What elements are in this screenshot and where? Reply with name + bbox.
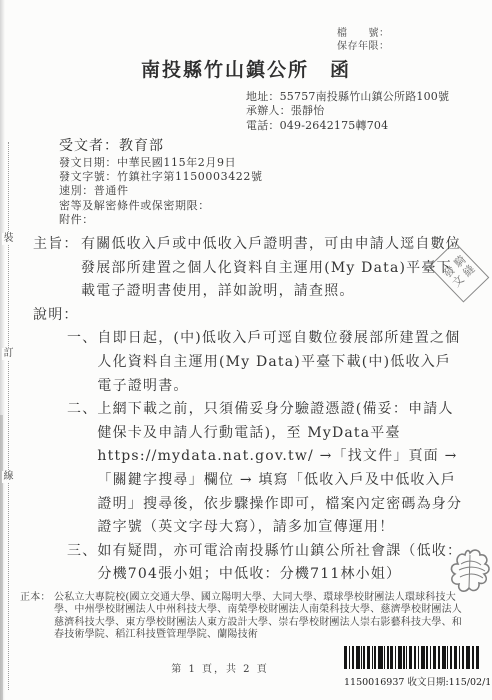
recipients-block: 正本： 公私立大專院校(國立交通大學、國立陽明大學、大同大學、環球學校財團法人環… — [20, 592, 472, 642]
recipient-line: 受文者：教育部 — [59, 135, 164, 155]
item-text: 如有疑問，亦可電洽南投縣竹山鎮公所社會課（低收：分機704張小姐；中低收：分機7… — [97, 540, 463, 587]
item-text: 自即日起，(中)低收入戶可逕自數位發展部所建置之個人化資料自主運用(My Dat… — [97, 327, 463, 398]
meta-issue-date: 發文日期：中華民國115年2月9日 — [59, 156, 263, 170]
meta-block: 發文日期：中華民國115年2月9日 發文字號：竹鎮社字第1150003422號 … — [59, 156, 263, 227]
recipients-text: 公私立大專院校(國立交通大學、國立陽明大學、大同大學、環球學校財團法人環球科技大… — [54, 592, 472, 642]
explanation-item-1: 一、 自即日起，(中)低收入戶可逕自數位發展部所建置之個人化資料自主運用(My … — [67, 327, 463, 398]
contact-phone: 電話：049-2642175轉704 — [246, 119, 449, 133]
contact-person: 承辦人：張靜怡 — [246, 104, 449, 118]
item-number: 二、 — [67, 398, 97, 422]
item-number: 一、 — [67, 327, 97, 351]
binding-mark-ding: 訂 — [2, 348, 15, 360]
meta-attachment: 附件： — [59, 213, 263, 227]
item-number: 三、 — [67, 540, 97, 564]
subject-label: 主旨： — [33, 233, 81, 257]
item-text: 上網下載之前，只須備妥身分驗證憑證(備妥：申請人健保卡及申請人行動電話)，至 M… — [97, 398, 463, 540]
binding-mark-xian: 線 — [2, 471, 15, 483]
contact-address: 地址：55757南投縣竹山鎮公所路100號 — [246, 90, 449, 104]
subject-section: 主旨： 有關低收入戶或中低收入戶證明書，可由申請人逕自數位發展部所建置之個人化資… — [33, 233, 463, 304]
scanned-document: 裝 訂 線 檔 號： 保存年限： 南投縣竹山鎮公所 函 地址：55757南投縣竹… — [0, 0, 492, 700]
retention-period-label: 保存年限： — [337, 40, 390, 53]
barcode-block: 1150016937 收文日期:115/02/10 — [344, 646, 480, 688]
file-number-label: 檔 號： — [337, 27, 390, 40]
explanation-item-3: 三、 如有疑問，亦可電洽南投縣竹山鎮公所社會課（低收：分機704張小姐；中低收：… — [67, 540, 463, 587]
barcode-text: 1150016937 收文日期:115/02/10 — [344, 674, 480, 688]
barcode-icon — [344, 646, 480, 669]
binding-mark-zhuang: 裝 — [2, 233, 15, 245]
file-number-block: 檔 號： 保存年限： — [337, 27, 390, 53]
scan-edge-artifact-lower — [0, 415, 3, 700]
recipients-label: 正本： — [20, 592, 54, 604]
document-title: 南投縣竹山鎮公所 函 — [0, 55, 492, 82]
meta-classification: 密等及解密條件或保密期限： — [59, 199, 263, 213]
contact-block: 地址：55757南投縣竹山鎮公所路100號 承辦人：張靜怡 電話：049-264… — [246, 90, 449, 133]
document-body: 主旨： 有關低收入戶或中低收入戶證明書，可由申請人逕自數位發展部所建置之個人化資… — [33, 233, 463, 587]
explanation-item-2: 二、 上網下載之前，只須備妥身分驗證憑證(備妥：申請人健保卡及申請人行動電話)，… — [67, 398, 463, 540]
explanation-label: 說明： — [33, 304, 463, 328]
meta-priority: 速別：普通件 — [59, 184, 263, 198]
binding-line — [8, 142, 9, 690]
meta-doc-number: 發文字號：竹鎮社字第1150003422號 — [59, 170, 263, 184]
subject-text: 有關低收入戶或中低收入戶證明書，可由申請人逕自數位發展部所建置之個人化資料自主運… — [81, 233, 463, 304]
